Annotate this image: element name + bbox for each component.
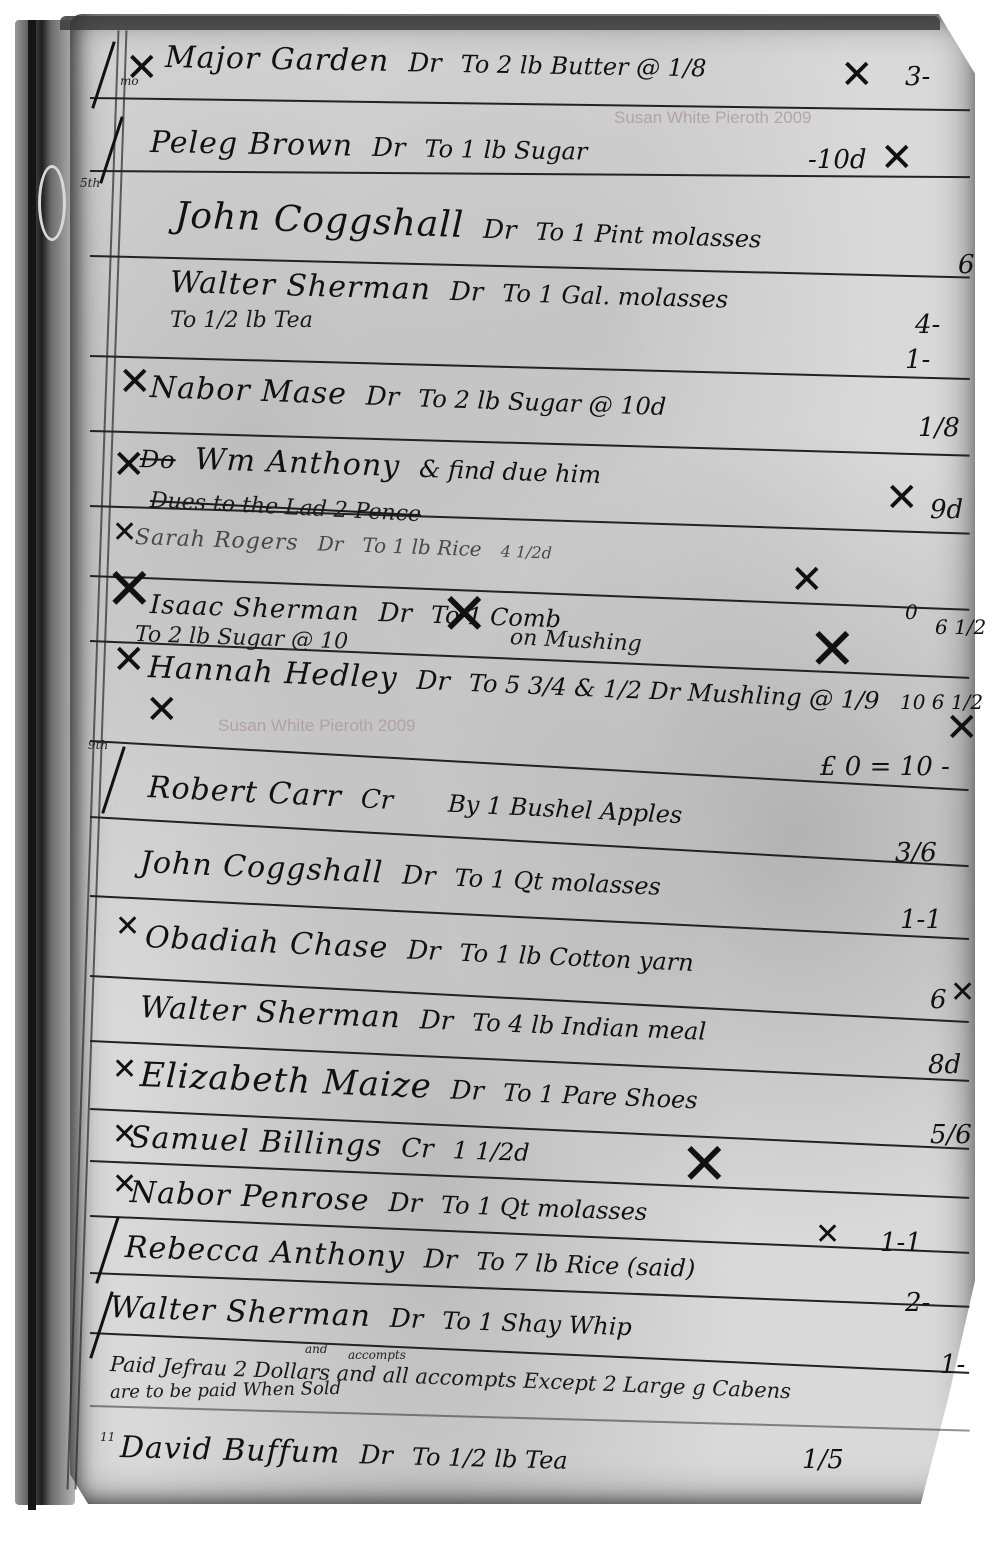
entry-type: Dr [317, 531, 343, 556]
settled-x-mark: ✕ [680, 1135, 729, 1193]
entry-name: David Buffum [120, 1430, 341, 1471]
entry-type: Dr [378, 598, 412, 629]
entry-type: Cr [401, 1133, 434, 1164]
entry-type: Dr [407, 935, 442, 966]
entry-type: Dr [450, 1075, 484, 1106]
interlinear-note: accompts [348, 1348, 406, 1362]
margin-note: 9th [88, 738, 108, 752]
entry-desc: To 1 Pare Shoes [502, 1079, 698, 1115]
total-amount: £ 0 = 10 - [820, 752, 950, 782]
settled-x-mark: ✕ [112, 1055, 137, 1085]
entry-desc: To 1 Qt molasses [440, 1191, 647, 1226]
watermark: Susan White Pieroth 2009 [614, 108, 812, 128]
entry-amount: 3- [905, 62, 930, 92]
settled-x-mark: ✕ [112, 518, 137, 548]
entry-type: Dr [365, 382, 399, 413]
entry-type: Dr [359, 1440, 393, 1471]
entry-amount: 1-1 [880, 1228, 922, 1258]
margin-note: 5th [80, 176, 100, 190]
entry-amount: 1/5 [802, 1445, 844, 1475]
entry-desc: To 2 lb Butter @ 1/8 [460, 50, 706, 82]
settled-x-mark: ✕ [440, 585, 489, 643]
margin-note: 11 [100, 1430, 115, 1444]
entry-amount: -10d [808, 145, 867, 175]
struck-prefix: Do [139, 445, 176, 474]
entry-type: Dr [423, 1244, 457, 1275]
settled-x-mark: ✕ [145, 690, 179, 730]
watermark: Susan White Pieroth 2009 [218, 716, 416, 736]
settled-x-mark: ✕ [815, 1220, 840, 1250]
entry-amount: 4 1/2d [500, 542, 552, 563]
entry-type: Cr [360, 784, 394, 816]
settled-x-mark: ✕ [945, 708, 979, 748]
book-binding [15, 20, 75, 1505]
entry-desc: To 1 lb Sugar [424, 135, 587, 166]
page-top-edge [60, 16, 940, 30]
entry-amount: 1- [905, 345, 930, 375]
entry-desc: To 2 lb Sugar @ 10d [418, 384, 667, 421]
entry-amount: 6 [958, 250, 975, 280]
binding-string [38, 165, 66, 241]
entry-amount: 1/8 [918, 413, 960, 443]
entry-desc: To 1 Pint molasses [535, 218, 762, 254]
settled-x-mark: ✕ [105, 560, 154, 618]
entry-continuation: To 1/2 lb Tea [170, 308, 313, 333]
settled-x-mark: ✕ [115, 912, 140, 942]
entry-type: Dr [419, 1005, 453, 1036]
entry-name: Major Garden [165, 40, 390, 79]
entry-amount: 4- [915, 310, 940, 340]
entry-desc: To 1 Gal. molasses [502, 279, 729, 313]
entry-desc: To 7 lb Rice (said) [476, 1247, 696, 1283]
entry-amount: 5/6 [930, 1120, 972, 1150]
entry-type: Dr [483, 215, 517, 246]
entry-amount: 2- [905, 1288, 930, 1318]
entry-type: Dr [388, 1188, 422, 1219]
entry-desc: To 1/2 lb Tea [412, 1443, 568, 1475]
settled-x-mark: ✕ [118, 362, 152, 402]
settled-x-mark: ✕ [112, 640, 146, 680]
binding-spine [28, 20, 36, 1510]
settled-x-mark: ✕ [950, 978, 975, 1008]
entry-name: Nabor Mase [149, 370, 347, 412]
entry-desc: & find due him [419, 455, 602, 489]
interlinear-note: and [305, 1342, 328, 1356]
settled-x-mark: ✕ [885, 478, 919, 518]
entry-name: Walter Sherman [170, 265, 432, 307]
entry-desc: To 1 Shay Whip [442, 1307, 633, 1342]
entry-amount: 1-1 [900, 905, 942, 935]
entry-amount: 1- [940, 1350, 965, 1380]
settled-x-mark: ✕ [880, 138, 914, 178]
entry-name: Peleg Brown [150, 125, 354, 164]
entry-type: Dr [408, 48, 442, 79]
entry-amount: 6 1/2 [935, 615, 986, 639]
entry-amount: 6 [930, 985, 947, 1015]
entry-amount: 8d [928, 1050, 961, 1080]
entry-amount: 3/6 [895, 838, 937, 868]
settled-x-mark: ✕ [790, 560, 824, 600]
entry-amount: 0 [905, 600, 918, 624]
entry-type: Dr [450, 277, 484, 308]
settled-x-mark: ✕ [840, 55, 874, 95]
entry-desc: To 1 lb Rice [362, 533, 482, 561]
entry-desc: 1 1/2d [452, 1136, 530, 1167]
entry-type: Dr [402, 860, 437, 891]
settled-x-mark: ✕ [808, 620, 857, 678]
entry-type: Dr [372, 133, 406, 164]
payment-note: are to be paid When Sold [110, 1378, 342, 1403]
entry-name: Wm Anthony [194, 442, 401, 484]
entry-type: Dr [389, 1304, 423, 1335]
entry-type: Dr [416, 666, 451, 697]
entry-amount: 9d [930, 495, 963, 525]
settled-x-mark: ✕ [125, 48, 159, 88]
